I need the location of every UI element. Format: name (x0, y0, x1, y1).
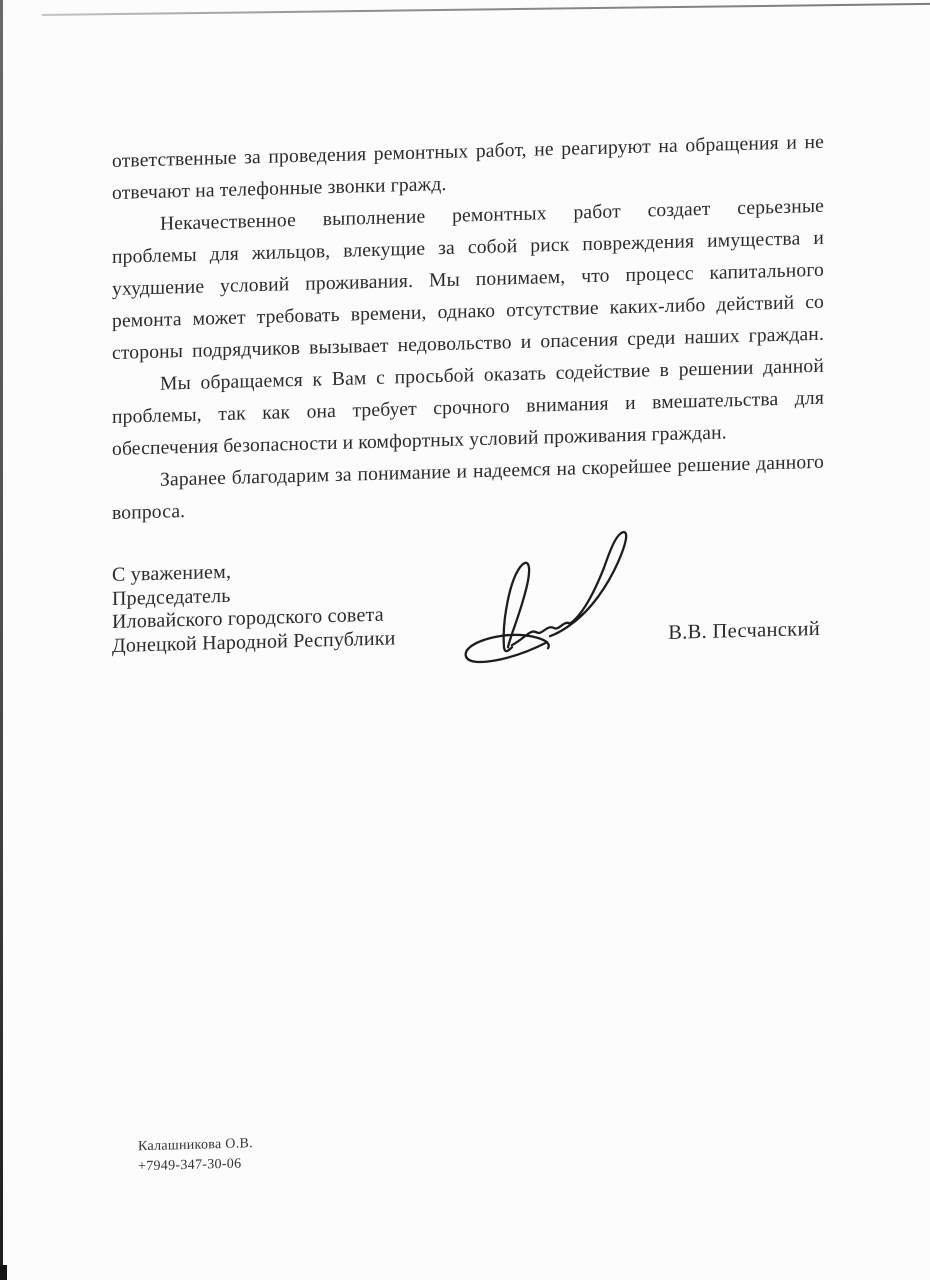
contact-footer: Калашникова О.В. +7949-347-30-06 (112, 1119, 824, 1178)
scan-corner-artifact (0, 1265, 7, 1280)
scan-edge-artifact (0, 0, 3, 1280)
letter-body: ответственные за проведения ремонтных ра… (112, 127, 824, 1178)
letter-page: ответственные за проведения ремонтных ра… (0, 0, 930, 1280)
signature-block: С уважением, Председатель Иловайского го… (112, 545, 824, 660)
page-edge-line (42, 3, 930, 16)
signer-name: В.В. Песчанский (668, 618, 820, 645)
